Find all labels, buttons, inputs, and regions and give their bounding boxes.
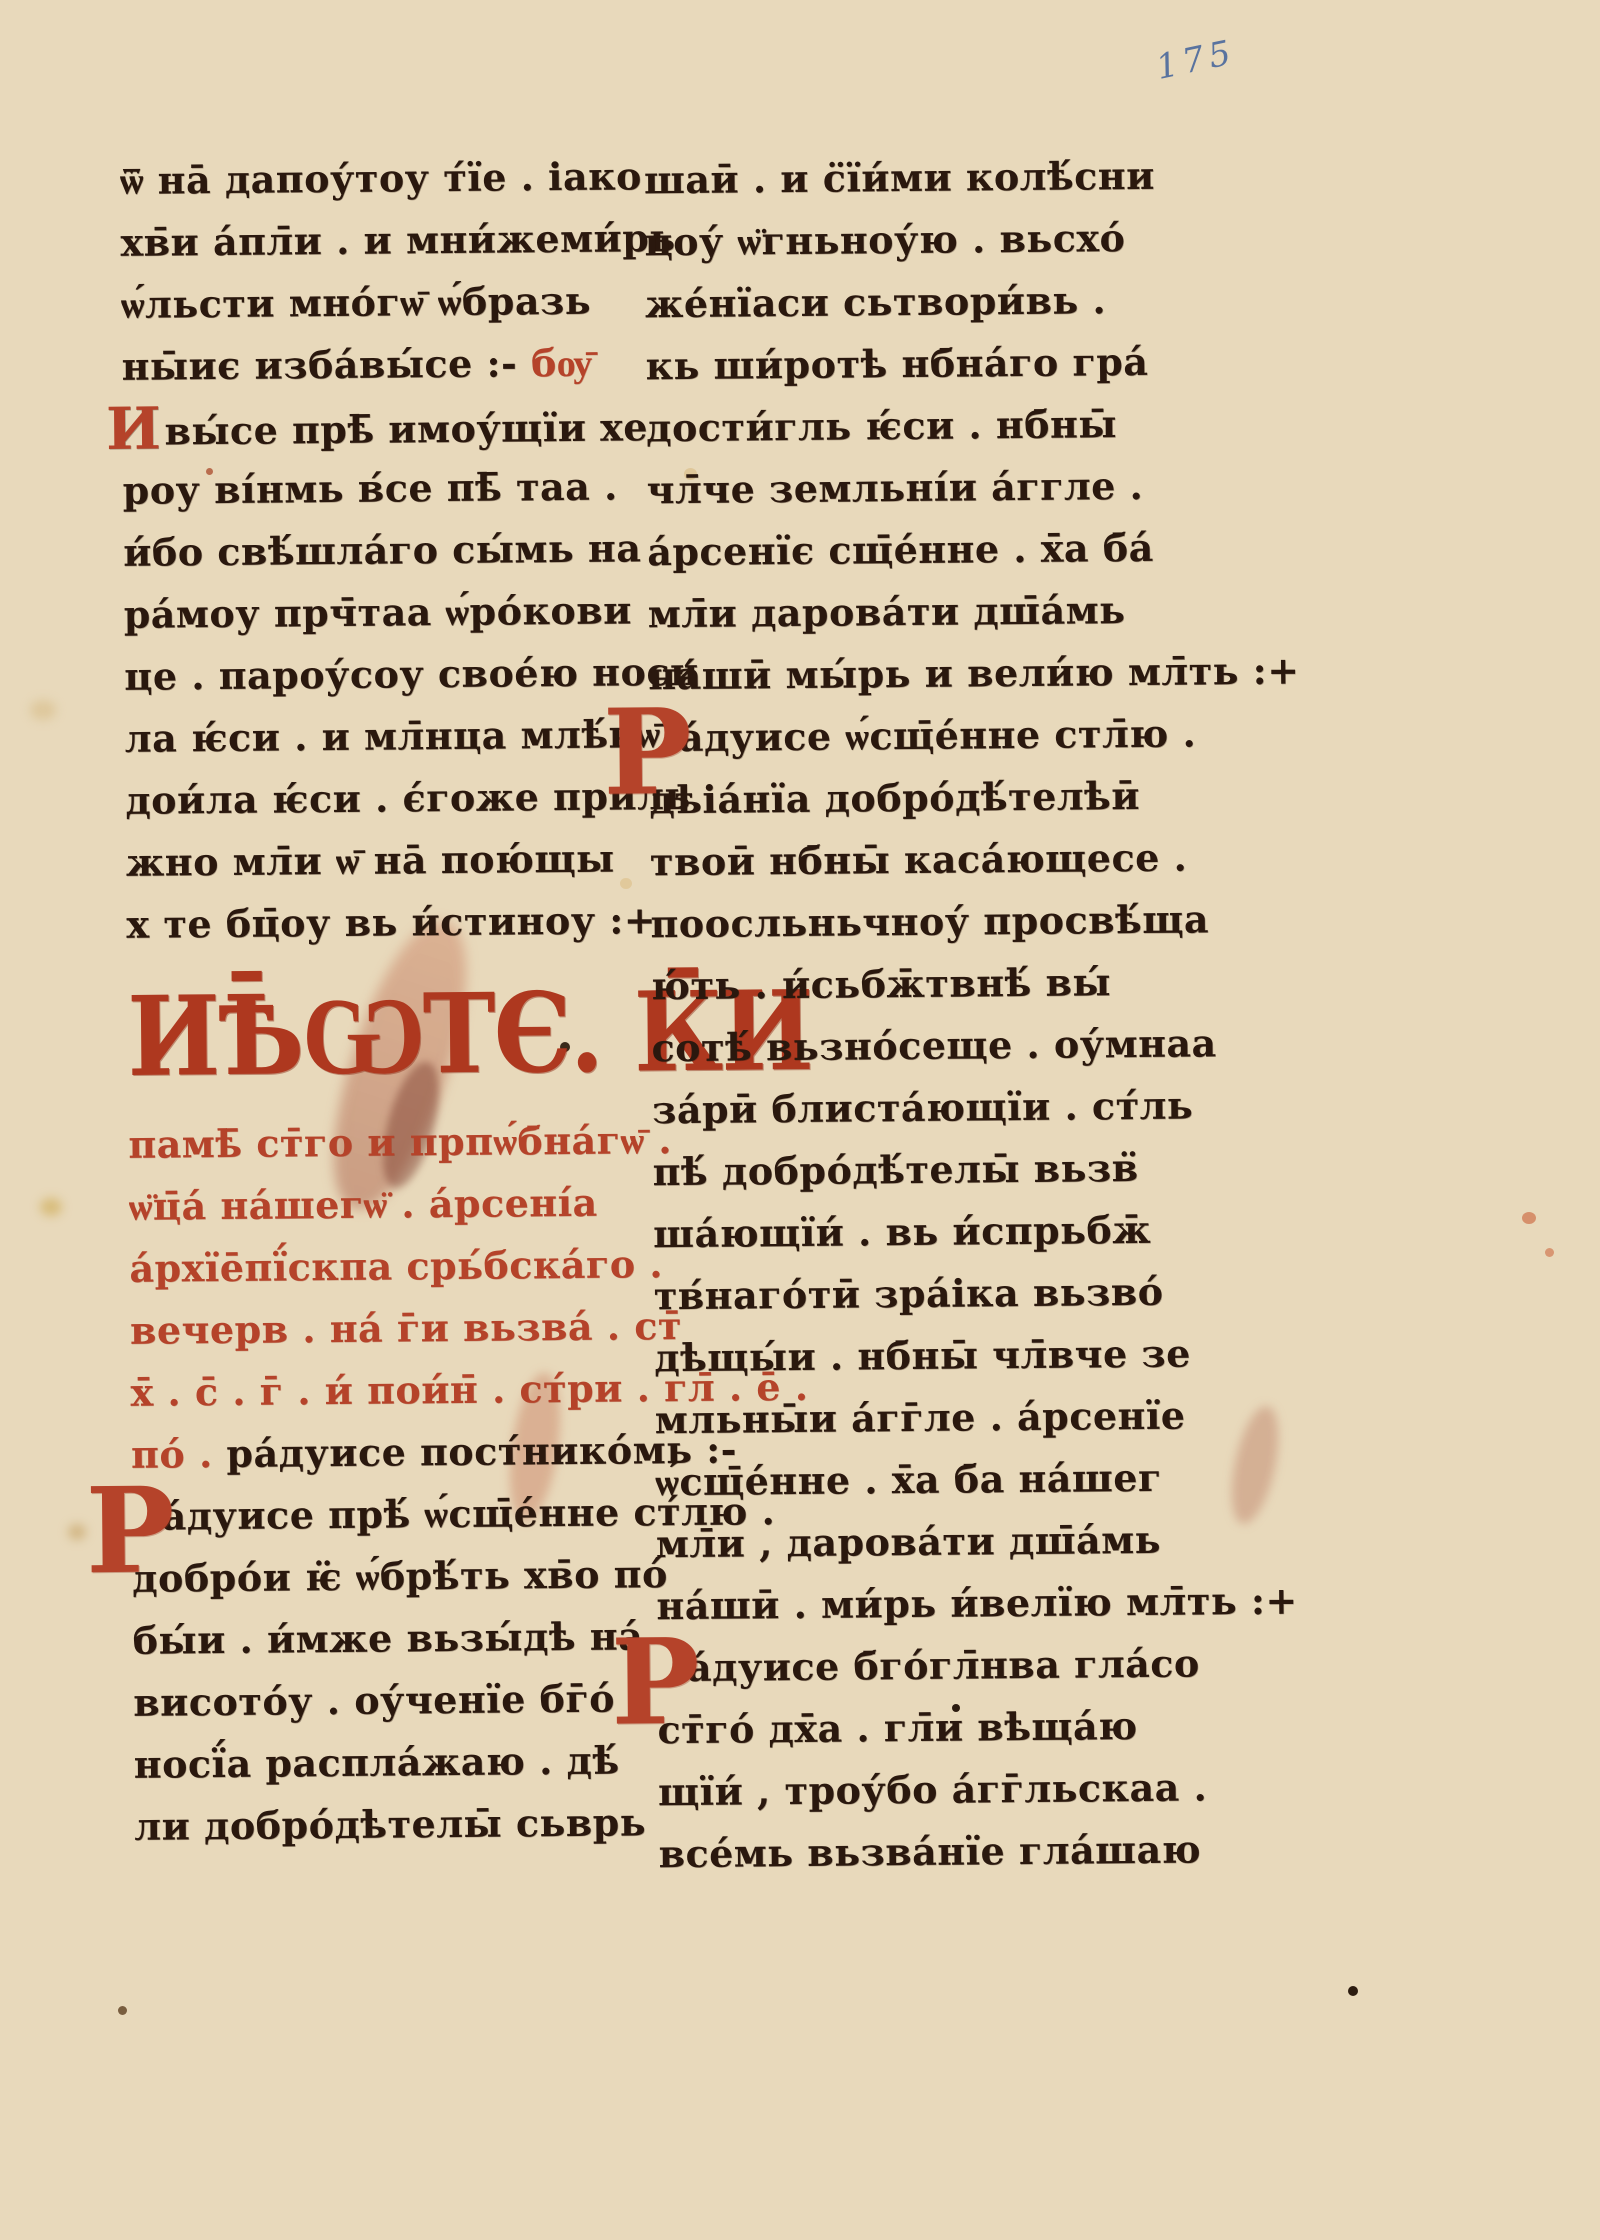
text-segment: а́дуисе ѡ́сщ̄е́нне стл̄ю . [679, 711, 1197, 761]
text-segment: ѡ́льсти мно́гѡ̄ ѡ́бразь [121, 278, 591, 327]
text-segment: ра́моу прч̄таа ѡ́ро́кови [124, 587, 632, 636]
text-segment: за́рӣ блиста́ющїи . ст́ль [652, 1083, 1194, 1133]
text-segment: жно мл̄и ѡ̄ на̄ пою́щы [126, 836, 615, 885]
text-segment: ѡ̈ц̄а́ на́шегѡ̈ . а́рсені́а [129, 1180, 598, 1229]
text-line: жно мл̄и ѡ̄ на̄ пою́щы [126, 830, 613, 896]
text-segment: чл̄че земльні́и а́ггле . [646, 463, 1143, 512]
text-line: висото́у . оу́ченїе бг̄о́ [133, 1670, 620, 1736]
text-segment: висото́у . оу́ченїе бг̄о́ [133, 1676, 615, 1725]
text-segment: на́шӣ . ми́рь и́велїю мл̄ть :+ [656, 1578, 1298, 1629]
text-segment: поосльньчноу́ просвѣ́ща [650, 896, 1209, 946]
text-segment: вы́се прѣ̄ имоу́щїи хе [164, 404, 648, 453]
text-segment: ли добро́дѣтелы̄ сьврь [134, 1799, 646, 1848]
text-segment: сотѣ́ вьзно́сеще . оу́мнаа [651, 1020, 1216, 1070]
text-line: щїи́ , троу́бо а́гг̄льскаа . [658, 1759, 1159, 1825]
text-segment: добро́и ѥ̈ ѡ́брѣ́ть хв̄о по́ [132, 1551, 668, 1601]
text-line: ра́моу прч̄таа ѡ́ро́кови [123, 582, 610, 648]
text-line: пѣ́ добро́дѣ́телы̄ вьзв̈ [652, 1139, 1153, 1205]
text-line: же́нїаси сьтвори́вь . [645, 271, 1146, 337]
text-segment: бы́и . и́мже вьзы́дѣ на́ [132, 1613, 643, 1662]
text-segment: роу ві́нмь в́се пѣ̄ таа . [122, 464, 617, 513]
text-segment: хв̄и а́пл̄и . и мни́жеми́рь [120, 215, 675, 265]
text-line: шаӣ . и с̈їи́ми колѣ́сни [644, 147, 1145, 213]
text-segment: вечерв . на́ г̄и вьзва́ . ст̄ [130, 1303, 682, 1353]
text-line: мльны̄и а́гг̄ле . а́рсенїе [655, 1387, 1156, 1453]
text-line: ша́ющїи́ . вь и́спрьбж̄ [653, 1201, 1154, 1267]
text-line: все́мь вьзва́нїе гла́шаю [658, 1821, 1159, 1887]
text-line: и́бо свѣ́шла́го сы́мь на [123, 520, 610, 586]
text-segment: ѡ́сщ̄е́нне . х̄а б̄а на́шег [655, 1455, 1162, 1504]
text-line: чл̄че земльні́и а́ггле . [646, 457, 1147, 523]
text-line: роу ві́нмь в́се пѣ̄ таа . [122, 458, 609, 524]
text-line: дѣщы́и . нб̄ны̄ чл̄вче зе [654, 1325, 1155, 1391]
text-segment: дѣщы́и . нб̄ны̄ чл̄вче зе [654, 1331, 1191, 1381]
text-line: Ра́дуисе ѡ́сщ̄е́нне стл̄ю . [649, 705, 1150, 771]
text-line: мл̄и дарова́ти дш̄а́мь [648, 581, 1149, 647]
text-line: а́рхїе̄пї́скпа срь́бска́го . [129, 1236, 616, 1302]
text-line: хв̄и а́пл̄и . и мни́жеми́рь [120, 210, 607, 276]
text-segment: цоу́ ѡ̈гньноу́ю . вьсхо́ [644, 215, 1125, 264]
text-segment: ны̄иє изба́вы́се :- [121, 340, 531, 389]
text-line: ѡ́сщ̄е́нне . х̄а б̄а на́шег [655, 1449, 1156, 1515]
text-line: сотѣ́ вьзно́сеще . оу́мнаа [651, 1015, 1152, 1081]
text-line: ѡ̈ц̄а́ на́шегѡ̈ . а́рсені́а [129, 1174, 616, 1240]
text-line: це . пароу́соу свое́ю носи [124, 644, 611, 710]
text-segment: х те бц̄оу вь и́стиноу :+ [126, 897, 656, 947]
text-line: на́шӣ . ми́рь и́велїю мл̄ть :+ [656, 1573, 1157, 1639]
text-segment: тв́наго́тӣ зра́іка вьзво́ [654, 1269, 1164, 1318]
text-layer: ѿ на̄ дапоу́тоу т́їе . іакохв̄и а́пл̄и .… [0, 0, 1600, 2240]
text-line: добро́и ѥ̈ ѡ́брѣ́ть хв̄о по́ [132, 1546, 619, 1612]
text-line: тв́наго́тӣ зра́іка вьзво́ [653, 1263, 1154, 1329]
text-segment: ю́ть . и́сьбж̄твнѣ́ вы́ [651, 959, 1111, 1008]
text-segment: дѣіа́нїа добро́дѣ́телѣӣ [649, 773, 1140, 822]
text-line: по́ . ра́дуисе пост́нико́мь :- [131, 1422, 618, 1488]
text-segment: а́рхїе̄пї́скпа срь́бска́го . [129, 1241, 663, 1291]
text-line: носї́а распла́жаю . дѣ́ [134, 1732, 621, 1798]
text-line: за́рӣ блиста́ющїи . ст́ль [652, 1077, 1153, 1143]
text-segment: мл̄и дарова́ти дш̄а́мь [648, 587, 1126, 636]
text-line: ли добро́дѣтелы̄ сьврь [134, 1794, 621, 1860]
text-segment: кь ши́ротѣ нб̄на́го гра́ [645, 339, 1148, 388]
text-line: ла ѥ́си . и мл̄нца млѣ́кѡ̄ [125, 706, 612, 772]
text-line: Ивы́се прѣ̄ имоу́щїи хе [122, 396, 609, 462]
text-segment: же́нїаси сьтвори́вь . [645, 277, 1106, 326]
text-segment: и́бо свѣ́шла́го сы́мь на [123, 525, 642, 575]
text-line: ю́ть . и́сьбж̄твнѣ́ вы́ [651, 953, 1152, 1019]
text-segment: мльны̄и а́гг̄ле . а́рсенїе [655, 1393, 1186, 1443]
parchment-page: 175 ѿ на̄ дапоу́тоу т́їе . іакохв̄и а́пл… [0, 0, 1600, 2240]
column-left: ѿ на̄ дапоу́тоу т́їе . іакохв̄и а́пл̄и .… [120, 148, 621, 1860]
text-segment: твоӣ нб̄ны̄ каса́ющесе . [650, 835, 1188, 885]
text-segment: на́шӣ мы́рь и вели́ю мл̄ть :+ [648, 648, 1300, 699]
text-segment: дости́гль ѥ́си . нб̄ны̄ [646, 401, 1117, 450]
text-segment: все́мь вьзва́нїе гла́шаю [658, 1827, 1201, 1877]
text-line: дои́ла ѥ́си . є́гоже приль [125, 768, 612, 834]
text-line: ны̄иє изба́вы́се :- бѹ̄ [121, 334, 608, 400]
text-segment: носї́а распла́жаю . дѣ́ [134, 1738, 620, 1787]
text-line: на́шӣ мы́рь и вели́ю мл̄ть :+ [648, 643, 1149, 709]
text-segment: ла ѥ́си . и мл̄нца млѣ́кѡ̄ [125, 711, 661, 761]
text-line: мл̄и , дарова́ти дш̄а́мь [656, 1511, 1157, 1577]
text-line: ѡ́льсти мно́гѡ̄ ѡ́бразь [121, 272, 608, 338]
text-line: дости́гль ѥ́си . нб̄ны̄ [646, 395, 1147, 461]
text-segment: щїи́ , троу́бо а́гг̄льскаа . [658, 1764, 1208, 1814]
text-line: бы́и . и́мже вьзы́дѣ на́ [132, 1608, 619, 1674]
text-line: цоу́ ѡ̈гньноу́ю . вьсхо́ [644, 209, 1145, 275]
text-segment: ѿ на̄ дапоу́тоу т́їе . іако [120, 153, 642, 203]
text-line: ѿ на̄ дапоу́тоу т́їе . іако [120, 148, 607, 214]
text-segment: а́дуисе б̄го́гл̄нва гла́со [687, 1641, 1200, 1690]
text-segment: пѣ́ добро́дѣ́телы̄ вьзв̈ [652, 1145, 1138, 1194]
text-segment: бѹ̄ [531, 340, 593, 386]
text-segment: ст̄го́ дх̄а . гл̄и вѣща́ю [657, 1703, 1138, 1752]
initial-letter: И [106, 395, 162, 463]
text-line: памѣ̄ ст̄го и прпѡ́б̄на́гѡ̄ . [128, 1112, 615, 1178]
text-line: вечерв . на́ г̄и вьзва́ . ст̄ [130, 1298, 617, 1364]
column-right: шаӣ . и с̈їи́ми колѣ́сницоу́ ѡ̈гньноу́ю … [644, 147, 1159, 1887]
text-segment: а́рсенїє сщ̄е́нне . х̄а б̄а́ [647, 525, 1154, 574]
text-segment: ша́ющїи́ . вь и́спрьбж̄ [653, 1207, 1151, 1256]
text-line: Ра́дуисе б̄го́гл̄нва гла́со [657, 1635, 1158, 1701]
text-line: поосльньчноу́ просвѣ́ща [650, 891, 1151, 957]
text-line: Ра́дуисе прѣ́ ѡ́сщ̄е́нне ст́лю . [131, 1484, 618, 1550]
text-line: ст̄го́ дх̄а . гл̄и вѣща́ю [657, 1697, 1158, 1763]
text-line: х̄ . с̄ . г̄ . и́ пои́н̄ . ст́ри . гл̄ .… [130, 1360, 617, 1426]
section-title: ИѢ̄ѠТЄ. К̄И [127, 944, 615, 1125]
text-line: кь ши́ротѣ нб̄на́го гра́ [645, 333, 1146, 399]
text-line: а́рсенїє сщ̄е́нне . х̄а б̄а́ [647, 519, 1148, 585]
text-line: дѣіа́нїа добро́дѣ́телѣӣ [649, 767, 1150, 833]
text-segment: мл̄и , дарова́ти дш̄а́мь [656, 1517, 1161, 1566]
text-segment: шаӣ . и с̈їи́ми колѣ́сни [644, 153, 1155, 202]
manuscript-photo: { "manuscript": { "folio_number": "175" … [0, 0, 1600, 2240]
text-segment: памѣ̄ ст̄го и прпѡ́б̄на́гѡ̄ . [128, 1117, 672, 1167]
text-line: твоӣ нб̄ны̄ каса́ющесе . [650, 829, 1151, 895]
